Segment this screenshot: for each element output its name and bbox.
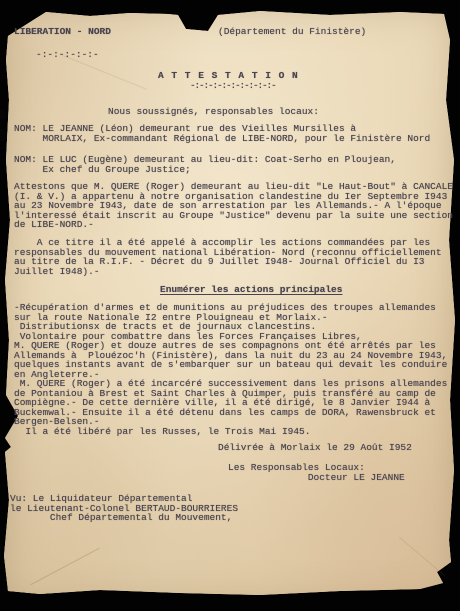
vu-block: Vu: Le Liquidateur Départemental le Lieu… xyxy=(10,494,238,523)
department-label: (Département du Finistère) xyxy=(218,27,366,37)
declarant-2: NOM: LE LUC (Eugène) demeurant au lieu-d… xyxy=(14,155,396,174)
title-rule: -:-:-:-:-:-:-:-:-:- xyxy=(190,81,276,91)
titre-paragraph: A ce titre il a été appelé à accomplir l… xyxy=(14,238,442,276)
declarant-1: NOM: LE JEANNE (Léon) demeurant rue des … xyxy=(14,124,430,143)
attestation-paragraph: Attestons que M. QUERE (Roger) demeurant… xyxy=(14,182,453,230)
signature-block: Les Responsables Locaux: Docteur LE JEAN… xyxy=(228,463,405,482)
intro-line: Nous soussignés, responsables locaux: xyxy=(108,107,319,117)
photo-background: LIBERATION - NORD -:-:-:-:-:- (Départeme… xyxy=(0,0,460,611)
edge-tear-mark xyxy=(0,129,7,141)
actions-paragraph: -Récupération d'armes et de munitions au… xyxy=(14,303,447,436)
delivery-line: Délivrée à Morlaix le 29 Août I952 xyxy=(218,443,412,453)
actions-heading: Enumérer les actions principales xyxy=(160,285,342,295)
edge-tear-mark xyxy=(0,110,5,119)
org-name: LIBERATION - NORD xyxy=(14,27,111,37)
